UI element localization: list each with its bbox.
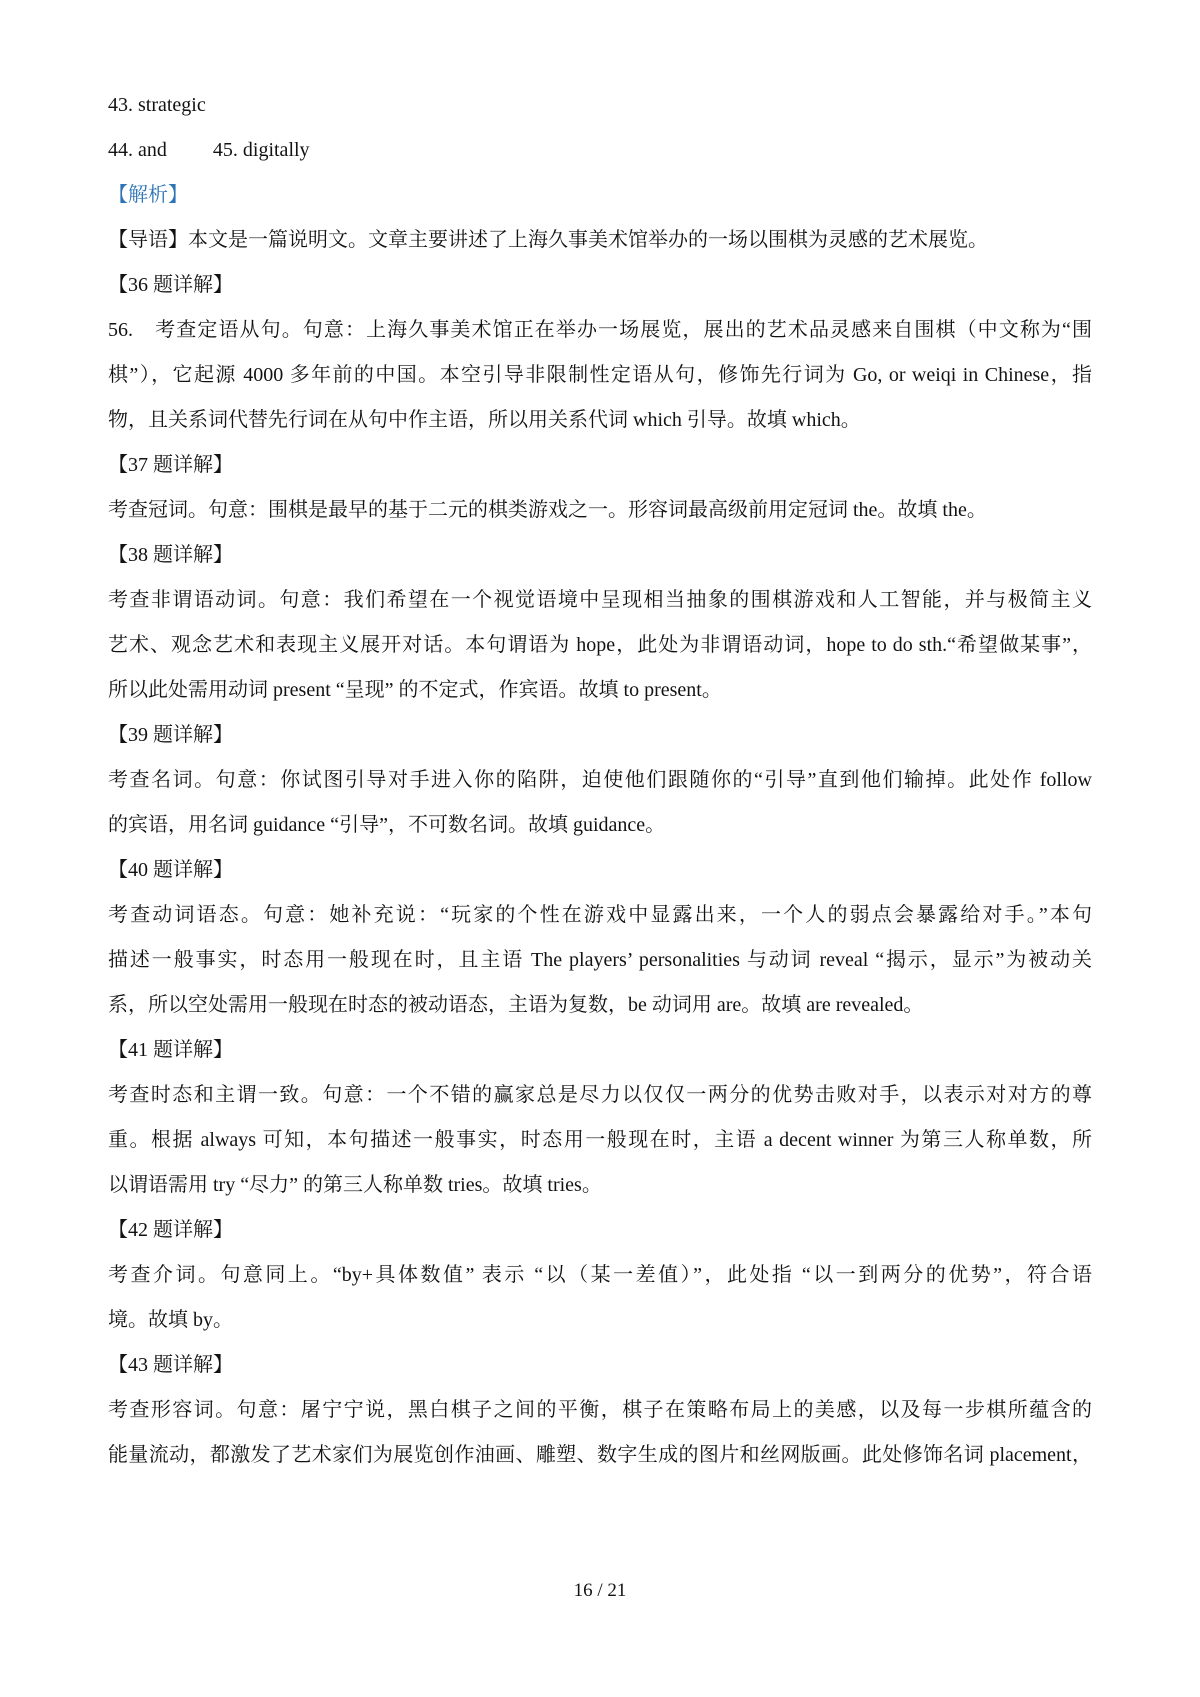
document-text: 43. strategic44. and45. digitally【解析】【导语… bbox=[108, 83, 1092, 1478]
explanation-line: 考查介词。句意同上。“by+具体数值” 表示 “以（某一差值）”，此处指 “以一… bbox=[108, 1253, 1092, 1298]
analysis-heading: 【解析】 bbox=[108, 173, 1092, 218]
explanation-line: 描述一般事实，时态用一般现在时，且主语 The players’ persona… bbox=[108, 938, 1092, 983]
question-40-heading: 【40 题详解】 bbox=[108, 848, 1092, 893]
explanation-line: 考查名词。句意：你试图引导对手进入你的陷阱，迫使他们跟随你的“引导”直到他们输掉… bbox=[108, 758, 1092, 803]
answer-line-44-45: 44. and45. digitally bbox=[108, 128, 1092, 173]
explanation-line: 系，所以空处需用一般现在时态的被动语态，主语为复数，be 动词用 are。故填 … bbox=[108, 983, 1092, 1028]
explanation-line: 考查冠词。句意：围棋是最早的基于二元的棋类游戏之一。形容词最高级前用定冠词 th… bbox=[108, 488, 1092, 533]
lead-in-line: 【导语】本文是一篇说明文。文章主要讲述了上海久事美术馆举办的一场以围棋为灵感的艺… bbox=[108, 218, 1092, 263]
explanation-line: 考查非谓语动词。句意：我们希望在一个视觉语境中呈现相当抽象的围棋游戏和人工智能，… bbox=[108, 578, 1092, 623]
explanation-line: 56. 考查定语从句。句意：上海久事美术馆正在举办一场展览，展出的艺术品灵感来自… bbox=[108, 308, 1092, 353]
question-43-heading: 【43 题详解】 bbox=[108, 1343, 1092, 1388]
question-37-heading: 【37 题详解】 bbox=[108, 443, 1092, 488]
question-36-heading: 【36 题详解】 bbox=[108, 263, 1092, 308]
explanation-line: 棋”），它起源 4000 多年前的中国。本空引导非限制性定语从句，修饰先行词为 … bbox=[108, 353, 1092, 398]
explanation-line: 境。故填 by。 bbox=[108, 1298, 1092, 1343]
answer-item: 44. and bbox=[108, 128, 167, 173]
explanation-line: 所以此处需用动词 present “呈现” 的不定式，作宾语。故填 to pre… bbox=[108, 668, 1092, 713]
question-39-heading: 【39 题详解】 bbox=[108, 713, 1092, 758]
page: 43. strategic44. and45. digitally【解析】【导语… bbox=[0, 0, 1200, 1697]
answer-line-43: 43. strategic bbox=[108, 83, 1092, 128]
question-42-heading: 【42 题详解】 bbox=[108, 1208, 1092, 1253]
explanation-line: 以谓语需用 try “尽力” 的第三人称单数 tries。故填 tries。 bbox=[108, 1163, 1092, 1208]
page-number: 16 / 21 bbox=[0, 1568, 1200, 1613]
explanation-line: 考查动词语态。句意：她补充说：“玩家的个性在游戏中显露出来，一个人的弱点会暴露给… bbox=[108, 893, 1092, 938]
question-41-heading: 【41 题详解】 bbox=[108, 1028, 1092, 1073]
answer-item: 45. digitally bbox=[213, 128, 310, 173]
explanation-line: 艺术、观念艺术和表现主义展开对话。本句谓语为 hope，此处为非谓语动词，hop… bbox=[108, 623, 1092, 668]
explanation-line: 考查形容词。句意：屠宁宁说，黑白棋子之间的平衡，棋子在策略布局上的美感，以及每一… bbox=[108, 1388, 1092, 1433]
explanation-line: 重。根据 always 可知，本句描述一般事实，时态用一般现在时，主语 a de… bbox=[108, 1118, 1092, 1163]
explanation-line: 能量流动，都激发了艺术家们为展览创作油画、雕塑、数字生成的图片和丝网版画。此处修… bbox=[108, 1433, 1092, 1478]
explanation-line: 物，且关系词代替先行词在从句中作主语，所以用关系代词 which 引导。故填 w… bbox=[108, 398, 1092, 443]
explanation-line: 考查时态和主谓一致。句意：一个不错的赢家总是尽力以仅仅一两分的优势击败对手，以表… bbox=[108, 1073, 1092, 1118]
question-38-heading: 【38 题详解】 bbox=[108, 533, 1092, 578]
explanation-line: 的宾语，用名词 guidance “引导”，不可数名词。故填 guidance。 bbox=[108, 803, 1092, 848]
